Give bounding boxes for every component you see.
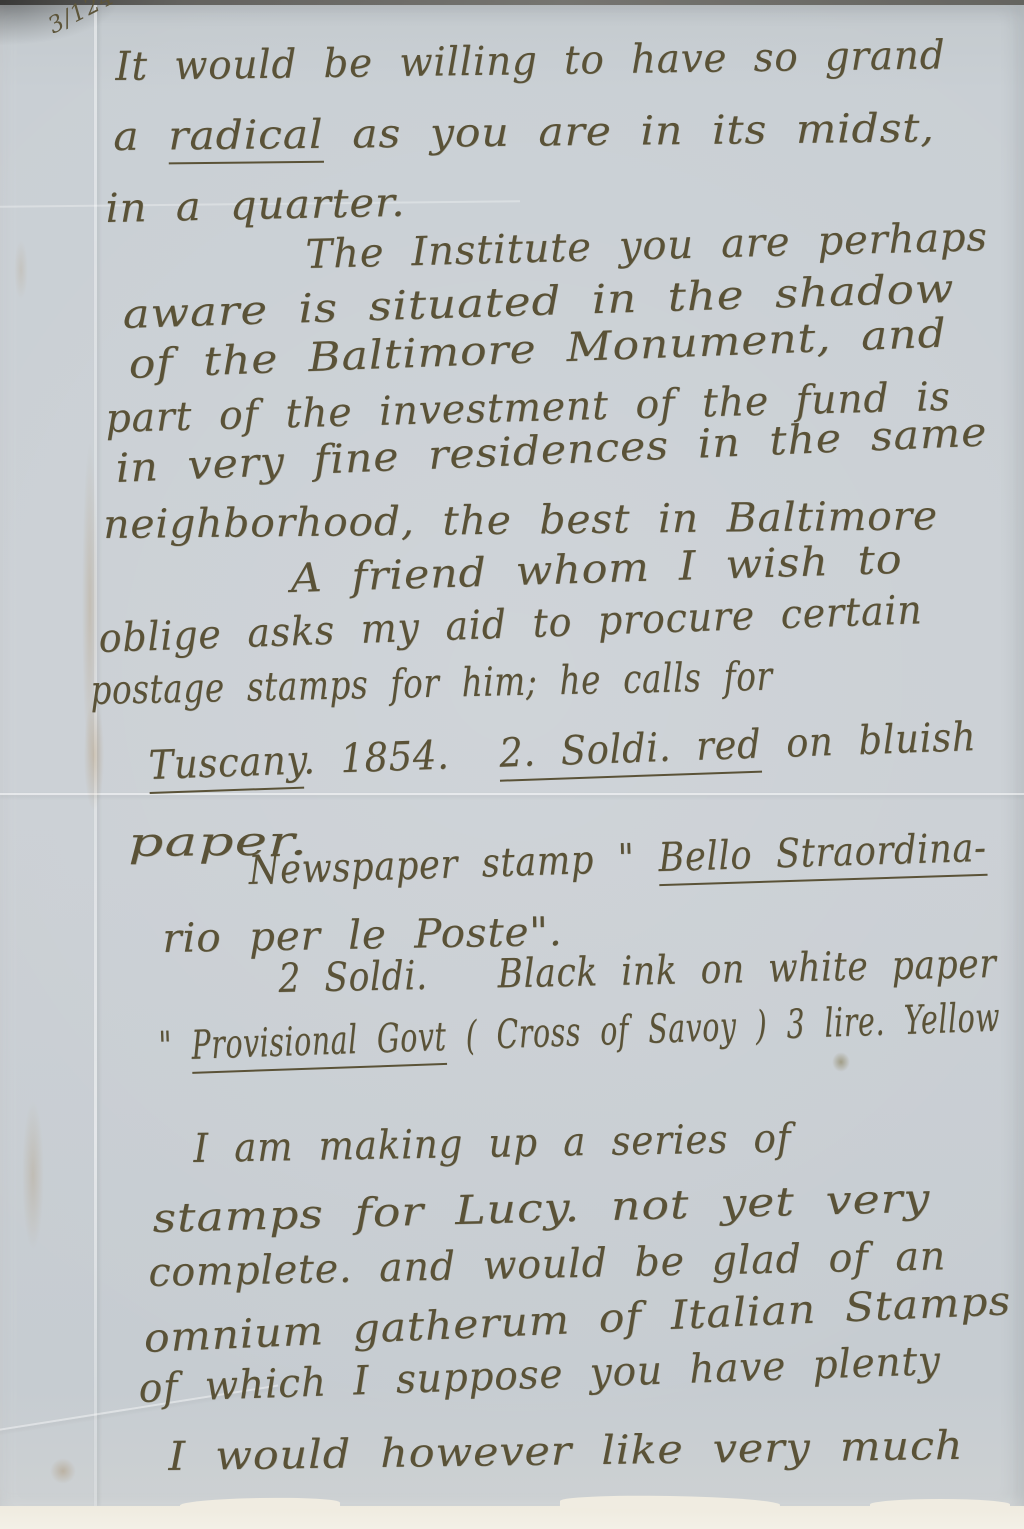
handwritten-line: It would be willing to have so grand (115, 34, 946, 88)
handwritten-line: Tuscany. 1854. 2. Soldi. red on bluish (148, 716, 977, 787)
text: Newspaper stamp " (248, 835, 659, 894)
text: in a quarter. (105, 180, 406, 232)
underlined-text: radical (168, 112, 324, 165)
underlined-text: Tuscany (148, 738, 304, 794)
handwritten-line: " Provisional Govt ( Cross of Savoy ) 3 … (158, 997, 1001, 1068)
handwritten-line: I would however like very much (168, 1425, 964, 1478)
underlined-text: Bello Straordina- (658, 825, 988, 886)
text: on bluish (760, 714, 976, 767)
handwritten-line: postage stamps for him; he calls for (90, 656, 773, 712)
handwritten-line: a radical as you are in its midst, (113, 107, 935, 158)
text: . 1854. (302, 731, 500, 784)
text: a (113, 113, 169, 160)
letter-lines: It would be willing to have so granda ra… (0, 0, 1024, 1506)
underlined-text: Provisional Govt (191, 1014, 448, 1074)
text: ( Cross of Savoy ) 3 lire. Yellow (446, 995, 1001, 1060)
text: I am making up a series of (193, 1116, 792, 1172)
underlined-text: 2. Soldi. red (498, 722, 762, 782)
text: as you are in its midst, (323, 105, 935, 157)
handwritten-line: I am making up a series of (193, 1118, 792, 1170)
handwritten-line: oblige asks my aid to procure certain (98, 589, 923, 660)
text: oblige asks my aid to procure certain (98, 587, 923, 662)
text: It would be willing to have so grand (115, 32, 946, 90)
handwritten-line: in a quarter. (105, 182, 406, 230)
text: I would however like very much (168, 1423, 964, 1480)
text: stamps for Lucy. not yet very (152, 1176, 931, 1242)
torn-paper-edge (870, 1499, 1010, 1510)
text: postage stamps for him; he calls for (90, 654, 773, 714)
handwritten-line: neighborhood, the best in Baltimore (103, 495, 938, 546)
text: " (158, 1023, 192, 1070)
handwritten-line: stamps for Lucy. not yet very (152, 1178, 931, 1240)
letter-paper: 3/1240 It would be willing to have so gr… (0, 0, 1024, 1506)
handwritten-line: Newspaper stamp " Bello Straordina- (248, 827, 987, 892)
